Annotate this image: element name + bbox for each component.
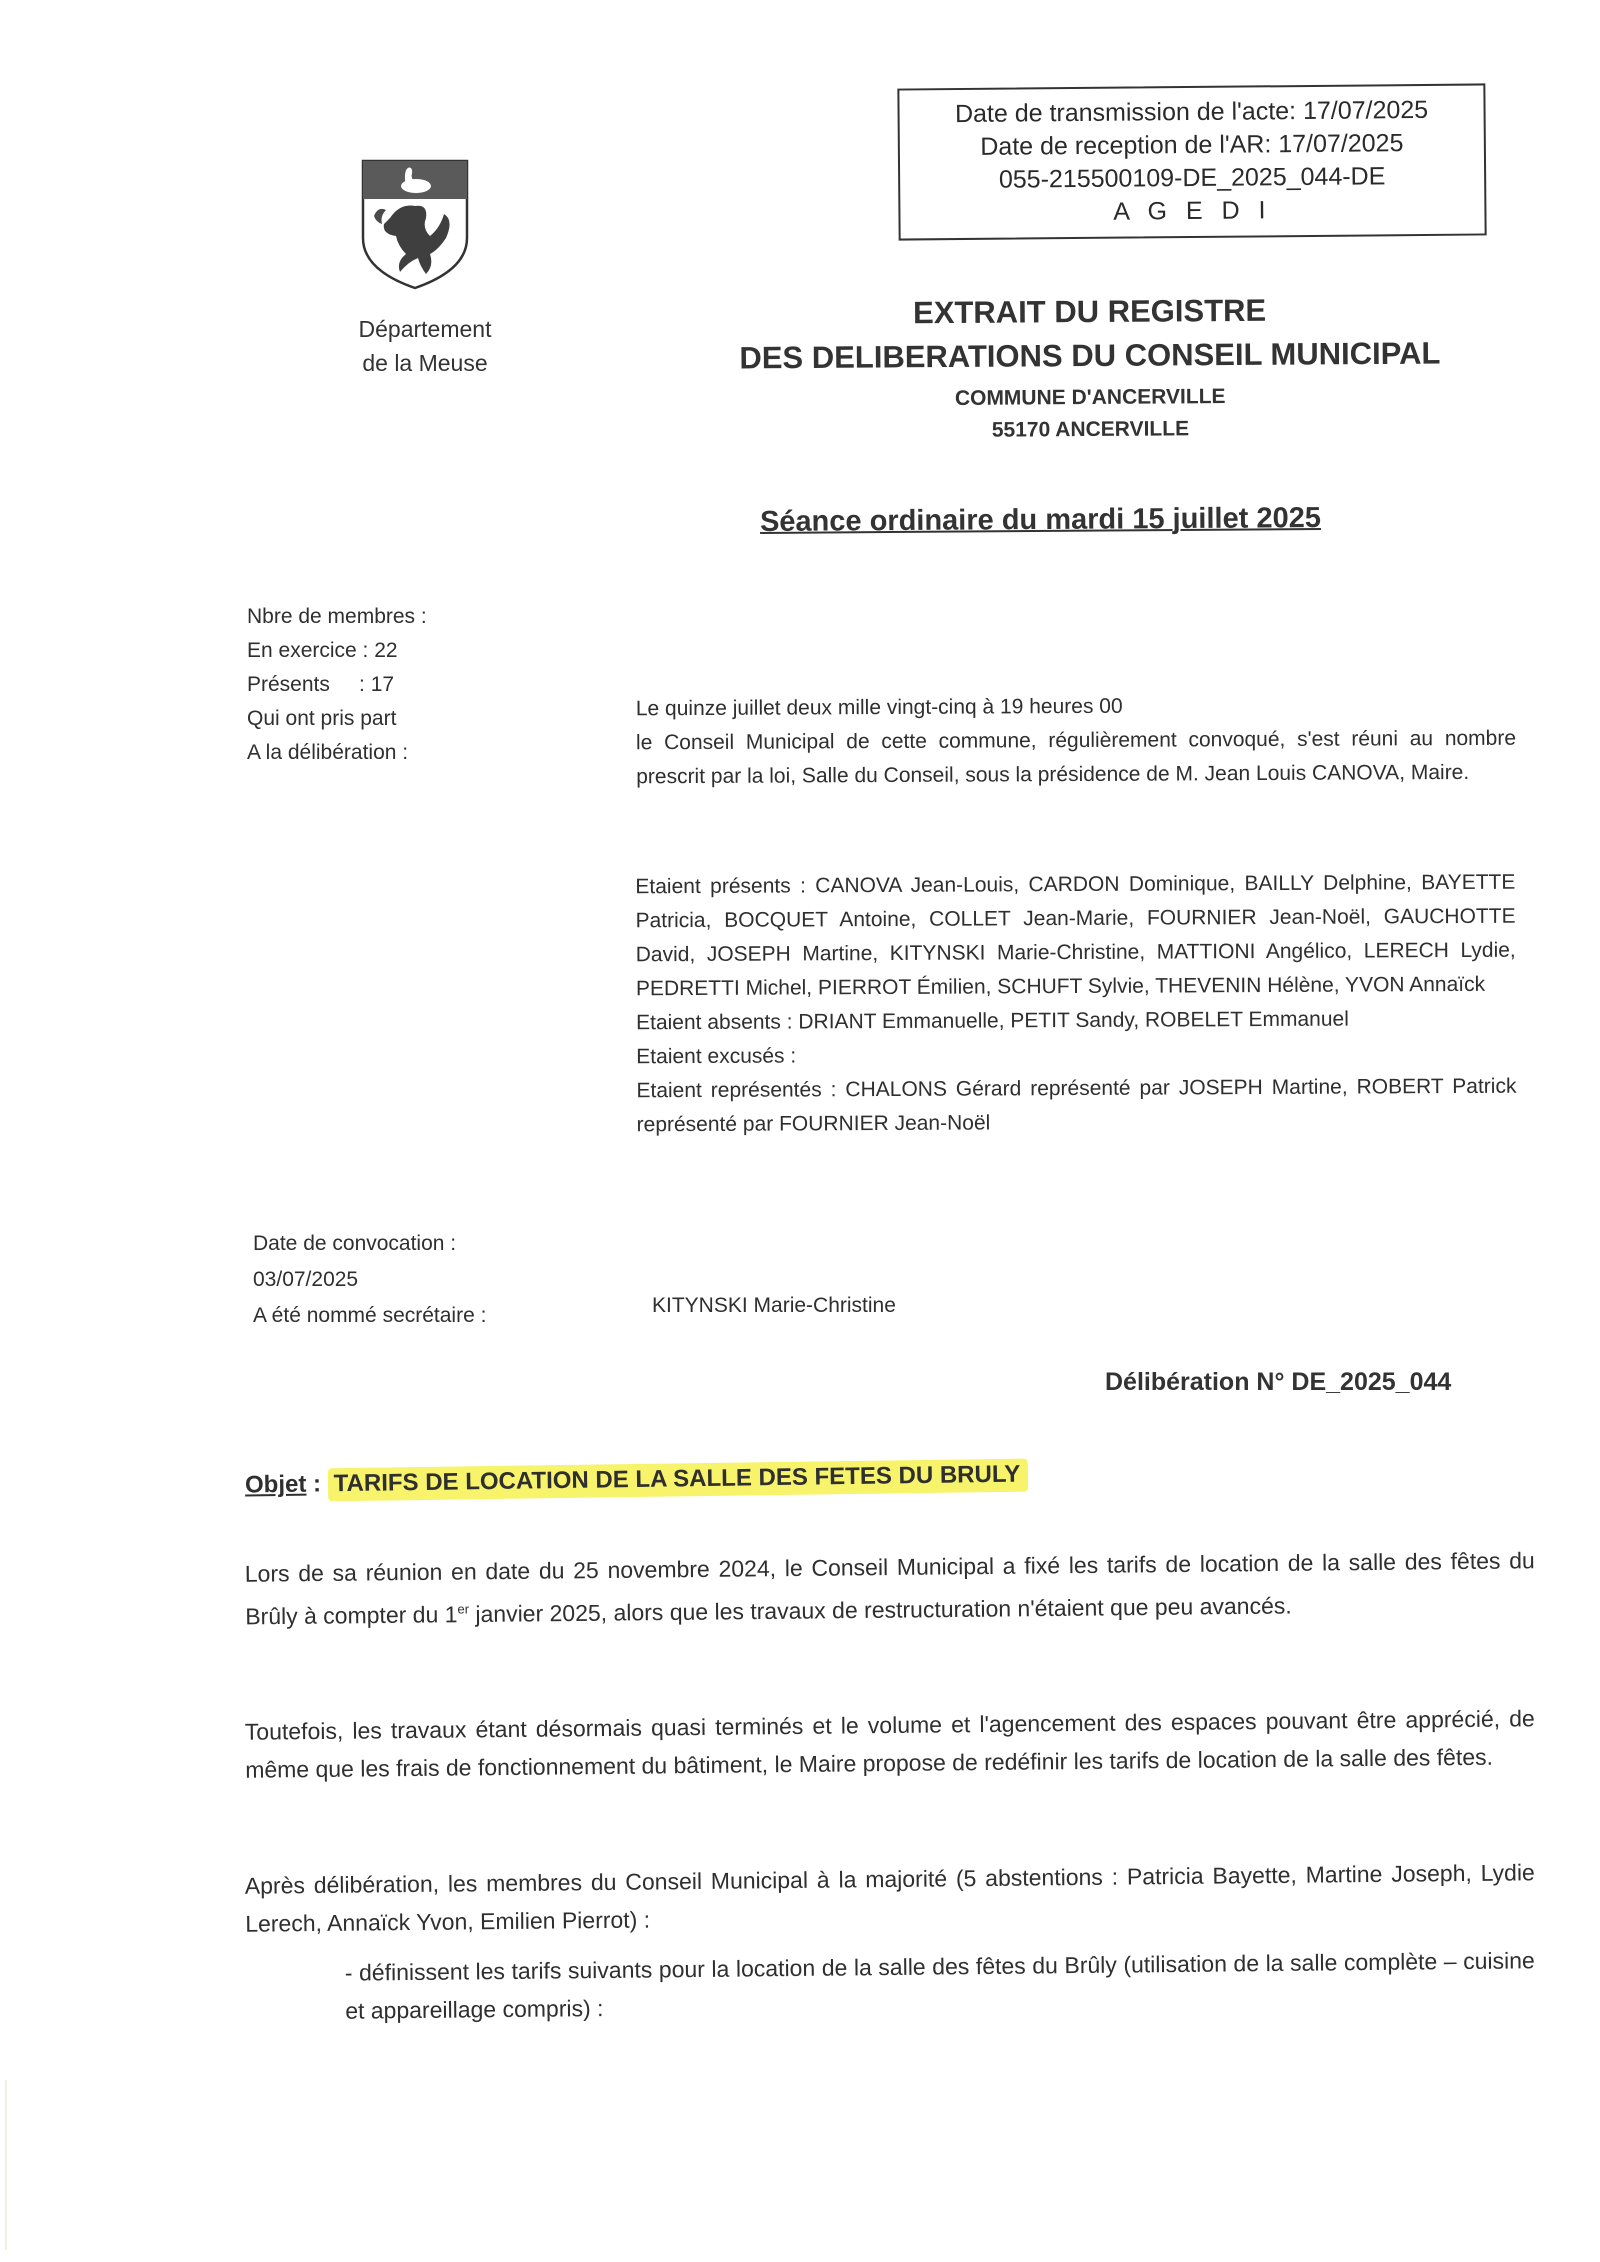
members-took-part-1: Qui ont pris part [247,702,427,736]
department-label: Département de la Meuse [300,312,550,380]
members-heading: Nbre de membres : [247,600,427,634]
convocation-label: Date de convocation : [253,1226,486,1262]
attendance-present: Etaient présents : CANOVA Jean-Louis, CA… [635,866,1516,1007]
secretary-label: A été nommé secrétaire : [253,1298,486,1334]
p4-text: - définissent les tarifs suivants pour l… [245,1941,1536,2031]
stamp-act-id: 055-215500109-DE_2025_044-DE [900,159,1484,197]
paragraph-vote: Après délibération, les membres du Conse… [245,1853,1536,1943]
subject-line: Objet : TARIFS DE LOCATION DE LA SALLE D… [245,1461,1029,1500]
secretary-name: KITYNSKI Marie-Christine [652,1294,896,1318]
members-in-office: En exercice : 22 [247,634,427,668]
department-line2: de la Meuse [300,346,550,380]
attendance-excused: Etaient excusés : [636,1036,1516,1075]
paragraph-proposal: Toutefois, les travaux étant désormais q… [245,1699,1536,1789]
subject-separator: : [306,1470,328,1497]
title-line2: DES DELIBERATIONS DU CONSEIL MUNICIPAL [700,331,1480,380]
commune-address: 55170 ANCERVILLE [700,411,1480,448]
stamp-reception-date: Date de reception de l'AR: 17/07/2025 [900,126,1484,164]
members-took-part-2: A la délibération : [247,736,427,770]
subject-title-highlighted: TARIFS DE LOCATION DE LA SALLE DES FETES… [327,1459,1028,1502]
stamp-transmission-date: Date de transmission de l'acte: 17/07/20… [899,93,1483,131]
p1-superscript: er [457,1601,469,1616]
intro-rest: le Conseil Municipal de cette commune, r… [636,722,1516,795]
attendance-absent: Etaient absents : DRIANT Emmanuelle, PET… [636,1002,1516,1041]
document-title: EXTRAIT DU REGISTRE DES DELIBERATIONS DU… [699,287,1480,448]
convocation-block: Date de convocation : 03/07/2025 A été n… [253,1226,486,1334]
members-present: Présents : 17 [247,668,427,702]
p2-text: Toutefois, les travaux étant désormais q… [245,1699,1536,1789]
paragraph-tariffs-intro: - définissent les tarifs suivants pour l… [245,1941,1536,2031]
convocation-date: 03/07/2025 [253,1262,486,1298]
attendance-list: Etaient présents : CANOVA Jean-Louis, CA… [635,866,1516,1143]
session-intro: Le quinze juillet deux mille vingt-cinq … [636,688,1517,795]
stamp-agedi: A G E D I [900,192,1484,230]
session-title: Séance ordinaire du mardi 15 juillet 202… [760,502,1321,539]
deliberation-number: Délibération N° DE_2025_044 [1105,1368,1451,1397]
members-summary: Nbre de membres : En exercice : 22 Prése… [247,600,427,770]
transmission-stamp: Date de transmission de l'acte: 17/07/20… [897,83,1486,240]
p1-text-b: janvier 2025, alors que les travaux de r… [469,1592,1292,1627]
coat-of-arms-icon [360,158,470,290]
department-line1: Département [300,312,550,346]
scan-edge-mark [5,2080,7,2250]
title-line1: EXTRAIT DU REGISTRE [699,287,1479,336]
intro-line1: Le quinze juillet deux mille vingt-cinq … [636,688,1516,727]
paragraph-previous-decision: Lors de sa réunion en date du 25 novembr… [245,1541,1536,1635]
p3-text: Après délibération, les membres du Conse… [245,1853,1536,1943]
subject-label: Objet [245,1471,307,1499]
attendance-represented: Etaient représentés : CHALONS Gérard rep… [636,1070,1516,1143]
